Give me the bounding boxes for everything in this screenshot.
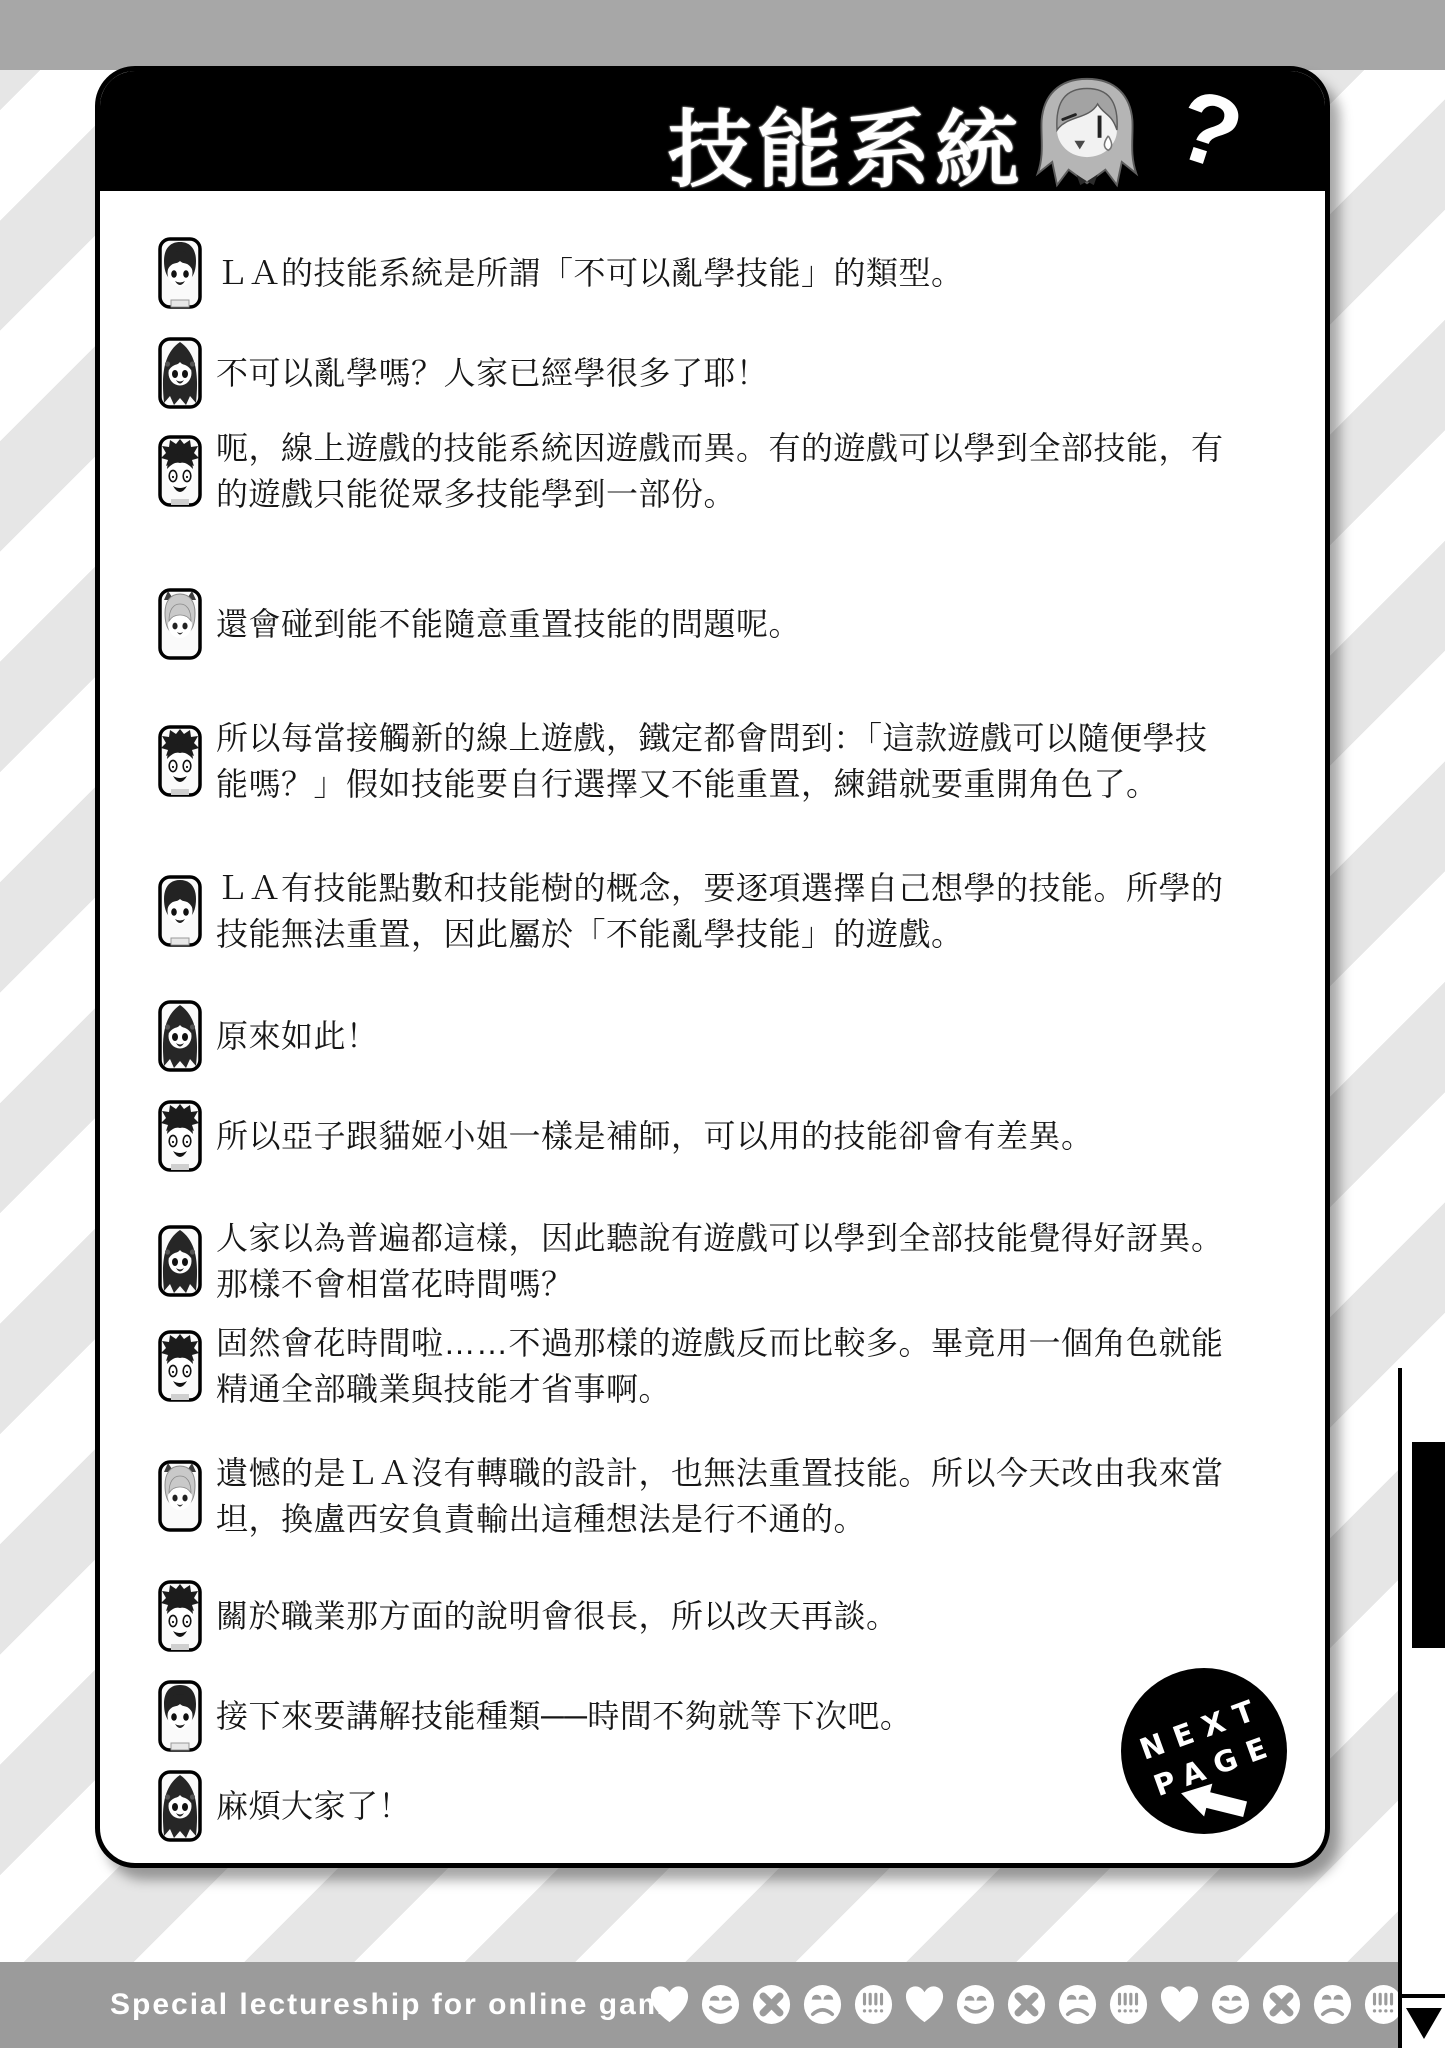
heart-icon <box>648 1983 691 2026</box>
dialogue-row: 不可以亂學嗎？人家已經學很多了耶！ <box>158 337 1236 409</box>
dialogue-row: 所以每當接觸新的線上遊戲，鐵定都會問到：「這款遊戲可以隨便學技能嗎？」假如技能要… <box>158 715 1236 807</box>
dialogue-text: 遺憾的是ＬＡ沒有轉職的設計，也無法重置技能。所以今天改由我來當坦，換盧西安負責輸… <box>216 1450 1236 1542</box>
dialogue-text: 人家以為普遍都這樣，因此聽說有遊戲可以學到全部技能覺得好訝異。那樣不會相當花時間… <box>216 1215 1236 1307</box>
avatar-girl-long-hair-icon <box>158 337 202 409</box>
avatar-girl-light-hair-icon <box>158 588 202 660</box>
page-title: 技能系統 <box>668 83 1024 204</box>
avatar-girl-long-hair-icon <box>158 1225 202 1297</box>
dialogue-row: 遺憾的是ＬＡ沒有轉職的設計，也無法重置技能。所以今天改由我來當坦，換盧西安負責輸… <box>158 1450 1236 1542</box>
dialogue-text: ＬＡ的技能系統是所謂「不可以亂學技能」的類型。 <box>216 250 1236 296</box>
dialogue-text: ＬＡ有技能點數和技能樹的概念，要逐項選擇自己想學的技能。所學的技能無法重置，因此… <box>216 865 1236 957</box>
dialogue-text: 所以每當接觸新的線上遊戲，鐵定都會問到：「這款遊戲可以隨便學技能嗎？」假如技能要… <box>216 715 1236 807</box>
cross-icon <box>1260 1983 1303 2026</box>
page-turn-divider <box>1402 1994 1445 1998</box>
avatar-girl-bob-icon <box>158 1680 202 1752</box>
top-gray-band <box>0 0 1445 70</box>
dialogue-row: 接下來要講解技能種類──時間不夠就等下次吧。 <box>158 1680 1236 1752</box>
dialogue-text: 所以亞子跟貓姬小姐一樣是補師，可以用的技能卻會有差異。 <box>216 1113 1236 1159</box>
sad-face-icon <box>1056 1983 1099 2026</box>
avatar-girl-long-hair-icon <box>158 1000 202 1072</box>
dialogue-row: 固然會花時間啦……不過那樣的遊戲反而比較多。畢竟用一個角色就能精通全部職業與技能… <box>158 1320 1236 1412</box>
avatar-girl-bob-icon <box>158 875 202 947</box>
exclamation-icon <box>1107 1983 1150 2026</box>
dialogue-text: 呃，線上遊戲的技能系統因遊戲而異。有的遊戲可以學到全部技能，有的遊戲只能從眾多技… <box>216 425 1236 517</box>
avatar-boy-surprised-icon <box>158 725 202 797</box>
avatar-girl-long-hair-icon <box>158 1770 202 1842</box>
dialogue-text: 麻煩大家了！ <box>216 1783 1236 1829</box>
next-page-badge[interactable]: NEXT PAGE <box>1118 1665 1290 1837</box>
smiley-icon <box>699 1983 742 2026</box>
dialogue-row: 原來如此！ <box>158 1000 1236 1072</box>
dialogue-text: 原來如此！ <box>216 1013 1236 1059</box>
chapter-tab-marker <box>1412 1442 1445 1648</box>
avatar-girl-bob-icon <box>158 237 202 309</box>
dialogue-row: ＬＡ的技能系統是所謂「不可以亂學技能」的類型。 <box>158 237 1236 309</box>
sad-face-icon <box>1311 1983 1354 2026</box>
footer-bar: Special lectureship for online game <box>0 1962 1445 2048</box>
heart-icon <box>903 1983 946 2026</box>
dialogue-text: 接下來要講解技能種類──時間不夠就等下次吧。 <box>216 1693 1236 1739</box>
avatar-girl-light-hair-icon <box>158 1460 202 1532</box>
dialogue-row: 呃，線上遊戲的技能系統因遊戲而異。有的遊戲可以學到全部技能，有的遊戲只能從眾多技… <box>158 425 1236 517</box>
manga-lecture-page: 技能系統 ? ＬＡ的技能系統是所謂「不可以亂學技能」的類型。 不可以亂學嗎？人家… <box>0 0 1445 2048</box>
exclamation-icon <box>852 1983 895 2026</box>
question-mark: ? <box>1162 66 1256 194</box>
heart-icon <box>1158 1983 1201 2026</box>
smiley-icon <box>1209 1983 1252 2026</box>
dialogue-text: 不可以亂學嗎？人家已經學很多了耶！ <box>216 350 1236 396</box>
avatar-boy-surprised-icon <box>158 1330 202 1402</box>
avatar-boy-surprised-icon <box>158 435 202 507</box>
cross-icon <box>750 1983 793 2026</box>
avatar-boy-surprised-icon <box>158 1100 202 1172</box>
page-edge-column <box>1398 1368 1445 2048</box>
dialogue-row: 關於職業那方面的說明會很長，所以改天再談。 <box>158 1580 1236 1652</box>
dialogue-text: 關於職業那方面的說明會很長，所以改天再談。 <box>216 1593 1236 1639</box>
smiley-icon <box>954 1983 997 2026</box>
cross-icon <box>1005 1983 1048 2026</box>
sad-face-icon <box>801 1983 844 2026</box>
dialogue-row: ＬＡ有技能點數和技能樹的概念，要逐項選擇自己想學的技能。所學的技能無法重置，因此… <box>158 865 1236 957</box>
confused-girl-illustration <box>1003 75 1171 189</box>
dialogue-text: 還會碰到能不能隨意重置技能的問題呢。 <box>216 601 1236 647</box>
title-bar: 技能系統 ? <box>100 71 1325 191</box>
page-turn-indicator[interactable] <box>1406 2008 1442 2039</box>
dialogue-row: 人家以為普遍都這樣，因此聽說有遊戲可以學到全部技能覺得好訝異。那樣不會相當花時間… <box>158 1215 1236 1307</box>
footer-emoticon-strip <box>648 1983 1405 2026</box>
dialogue-row: 還會碰到能不能隨意重置技能的問題呢。 <box>158 588 1236 660</box>
dialogue-row: 所以亞子跟貓姬小姐一樣是補師，可以用的技能卻會有差異。 <box>158 1100 1236 1172</box>
lecture-panel: 技能系統 ? ＬＡ的技能系統是所謂「不可以亂學技能」的類型。 不可以亂學嗎？人家… <box>95 66 1330 1868</box>
dialogue-row: 麻煩大家了！ <box>158 1770 1236 1842</box>
dialogue-text: 固然會花時間啦……不過那樣的遊戲反而比較多。畢竟用一個角色就能精通全部職業與技能… <box>216 1320 1236 1412</box>
footer-caption: Special lectureship for online game <box>110 1962 685 2048</box>
avatar-boy-surprised-icon <box>158 1580 202 1652</box>
